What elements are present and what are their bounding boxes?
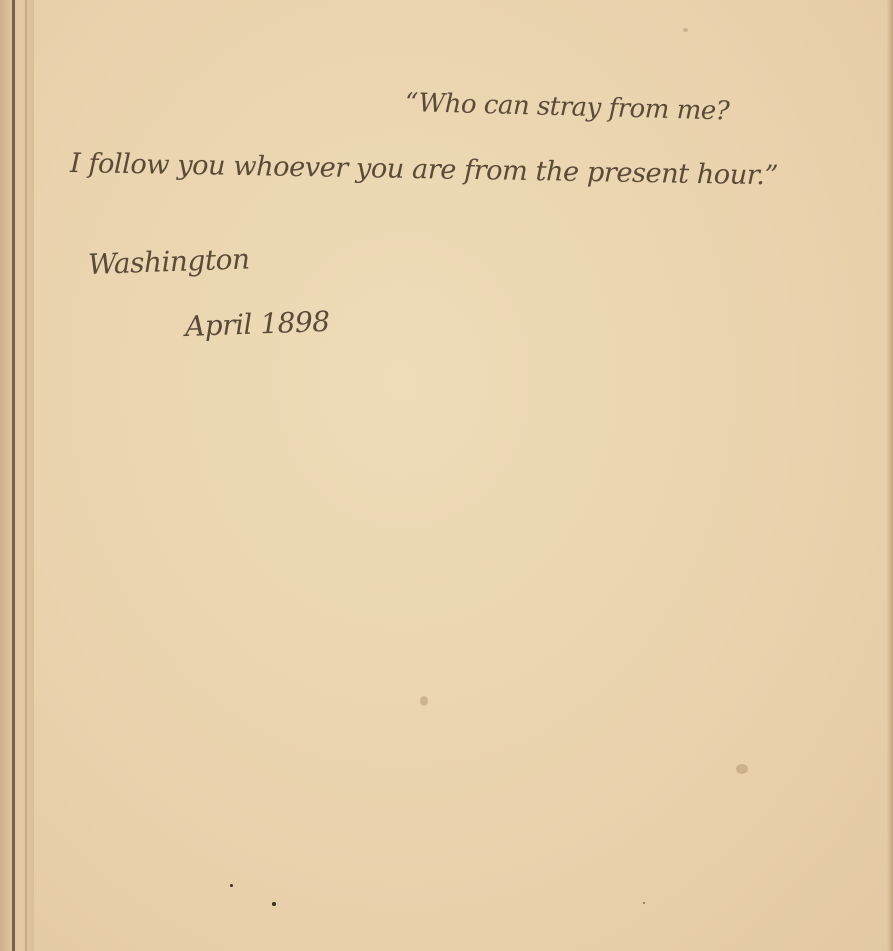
page-right-edge: [887, 0, 893, 951]
inscription-quote-line-2: I follow you whoever you are from the pr…: [70, 148, 778, 191]
book-spine-edge: [0, 0, 34, 951]
paper-stain: [683, 28, 688, 32]
spine-crease-line: [12, 0, 15, 951]
ink-dot: [272, 902, 276, 906]
spine-inner-line: [25, 0, 27, 951]
paper-stain: [420, 696, 428, 706]
book-page: “Who can stray from me? I follow you who…: [0, 0, 893, 951]
inscription-place: Washington: [87, 242, 250, 281]
paper-stain: [736, 764, 748, 774]
ink-dot: [230, 884, 233, 887]
ink-dot: [643, 902, 645, 904]
inscription-date: April 1898: [184, 305, 330, 343]
inscription-quote-line-1: “Who can stray from me?: [405, 88, 730, 126]
